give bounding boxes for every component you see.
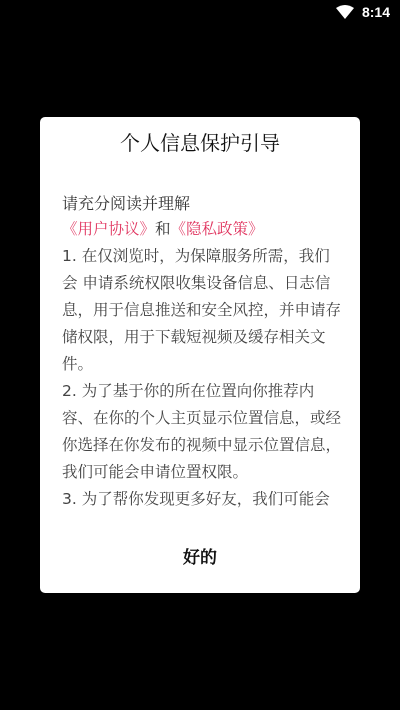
dialog-title: 个人信息保护引导	[40, 129, 360, 157]
status-bar: 8:14	[0, 0, 400, 24]
confirm-button[interactable]: 好的	[40, 545, 360, 571]
conjunction-text: 和	[155, 220, 171, 238]
wifi-icon	[336, 5, 354, 19]
paragraph-2: 2. 为了基于你的所在位置向你推荐内容、在你的个人主页显示位置信息，或经你选择在…	[62, 378, 342, 486]
user-agreement-link[interactable]: 《用户协议》	[62, 220, 155, 238]
dialog-content-scroll[interactable]: 请充分阅读并理解 《用户协议》和《隐私政策》 1. 在仅浏览时，为保障服务所需，…	[62, 189, 342, 525]
privacy-policy-link[interactable]: 《隐私政策》	[171, 220, 264, 238]
privacy-guide-dialog: 个人信息保护引导 请充分阅读并理解 《用户协议》和《隐私政策》 1. 在仅浏览时…	[40, 117, 360, 593]
paragraph-1: 1. 在仅浏览时，为保障服务所需，我们会 申请系统权限收集设备信息、日志信息，用…	[62, 243, 342, 378]
clock: 8:14	[362, 4, 390, 20]
paragraph-3: 3. 为了帮你发现更多好友，我们可能会	[62, 486, 342, 513]
policy-links: 《用户协议》和《隐私政策》	[62, 215, 342, 243]
